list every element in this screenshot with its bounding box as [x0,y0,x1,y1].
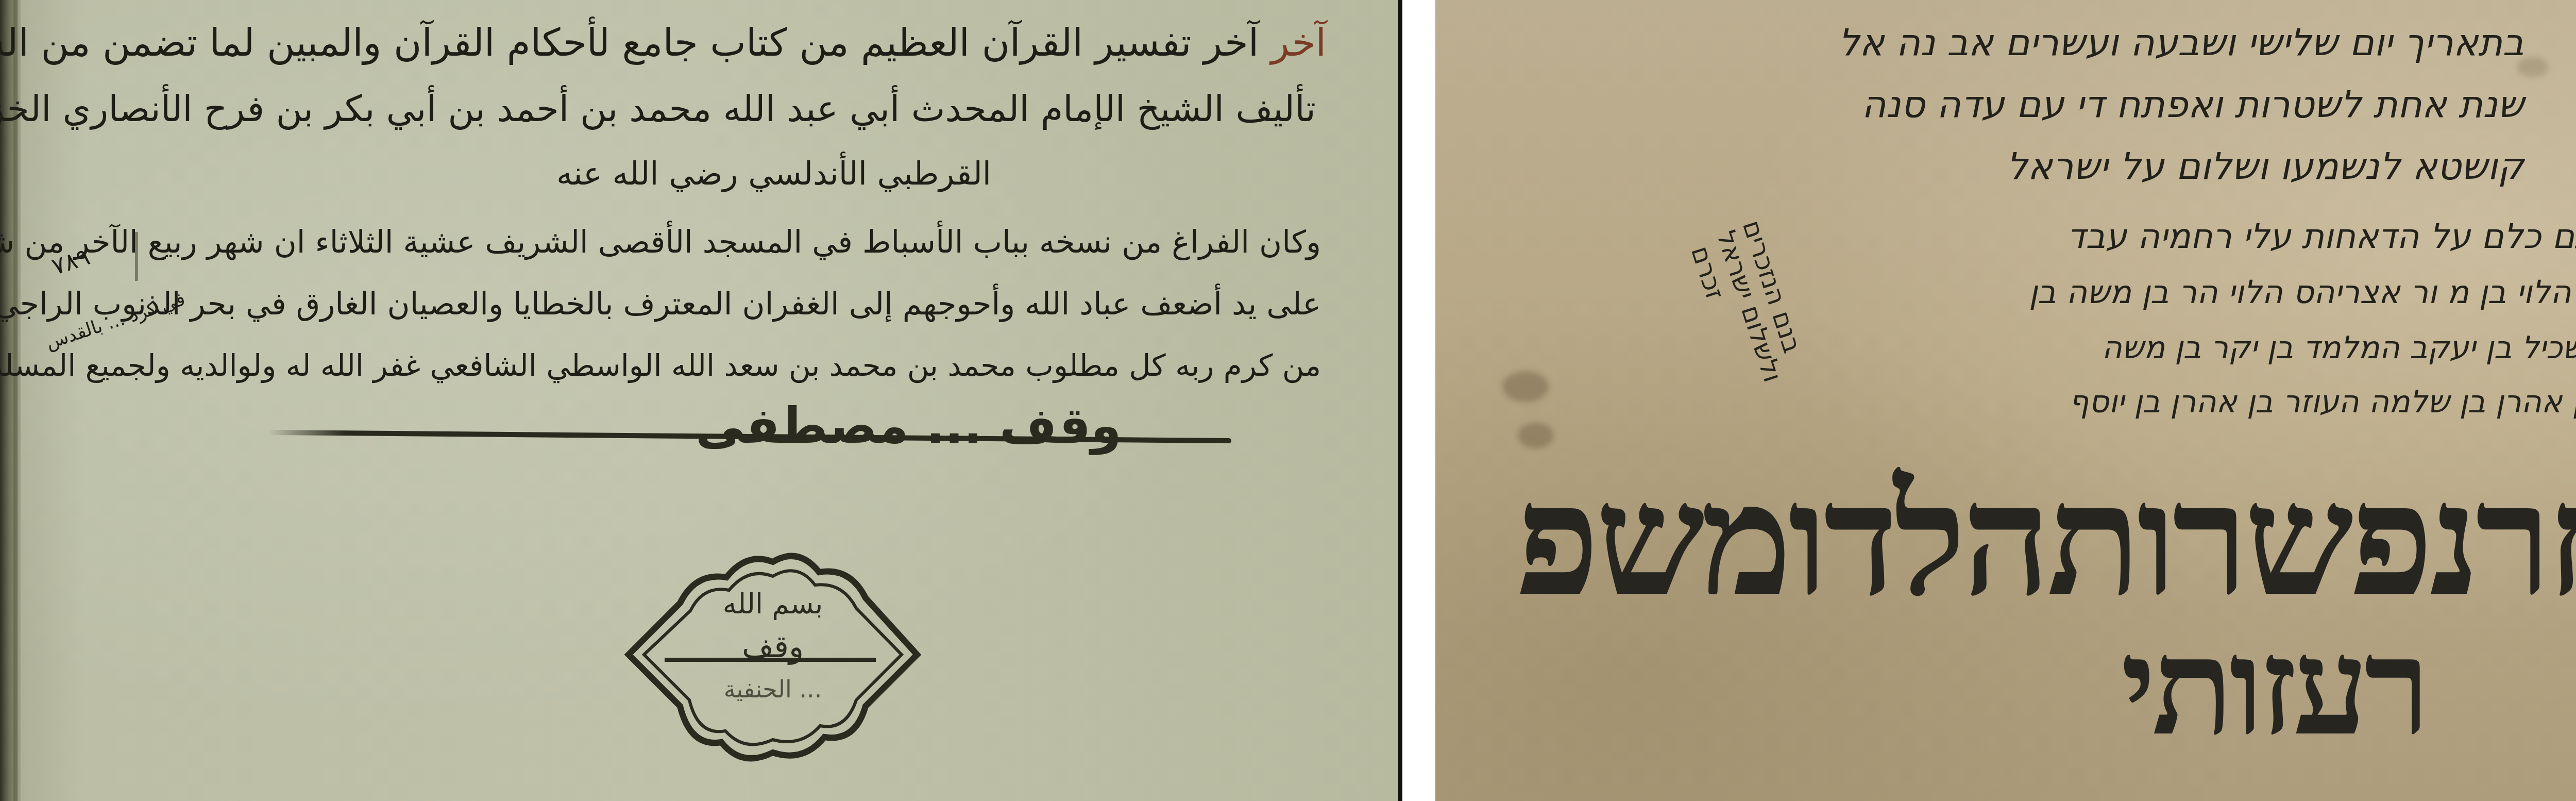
stain [1502,371,1549,402]
waqf-signature: وقف ... مصطفى [696,397,1122,455]
arabic-line-4: وكان الفراغ من نسخه بباب الأسباط في المس… [0,224,1321,260]
arabic-line-6: من كرم ربه كل مطلوب محمد بن محمد بن سعد … [0,348,1321,383]
hebrew-line-3: קושטא לנשמעו ושלום על ישראל [2007,144,2524,188]
rubric-word-1: آخر [1271,21,1326,65]
arabic-line-2: تأليف الشيخ الإمام المحدث أبي عبد الله م… [0,88,1316,130]
hebrew-line-1: בתאריך יום שלישי ושבעה ועשרים אב נה אל [1838,21,2524,64]
display-title-line-2: רעזותי [2121,608,2426,766]
hebrew-line-5: הע שמואל הלוי בן מ ור אצריהס הלוי הר בן … [2029,273,2576,311]
seal-line-1: بسم الله [608,588,938,620]
arabic-line-3: القرطبي الأندلسي رضي الله عنه [556,155,991,192]
hebrew-line-4: על ידי אותם כלם על הדאחות עלי רחמיה עבד [2067,216,2576,256]
hebrew-line-7: בן שלמה בן אהרן בן שלמה העוזר בן אהרן בן… [2069,384,2576,420]
hebrew-manuscript-panel: בתאריך יום שלישי ושבעה ועשרים אב נה אל ש… [1435,0,2576,801]
hebrew-line-6: שמואל המשכיל בן יעקב המלמד בן יקר בן משה [2102,330,2576,366]
seal-line-3: ... الحنفية [608,675,938,703]
arabic-line-5: على يد أضعف عباد الله وأحوجهم إلى الغفرا… [0,286,1321,322]
stain [1518,423,1554,448]
arabic-line-1: آخر آخر تفسير القرآن العظيم من كتاب جامع… [0,21,1326,65]
panel-divider [1398,0,1402,801]
hebrew-line-2: שנת אחת לשטרות ואפתח די עם עדה סנה [1862,82,2524,126]
ownership-seal: بسم الله وقف ... الحنفية [608,536,938,773]
margin-rule [135,232,138,281]
arabic-manuscript-panel: آخر آخر تفسير القرآن العظيم من كتاب جامع… [0,0,1398,801]
display-title-line-1: תחרנפשרותהלדומשפ [1516,448,2576,631]
seal-line-2: وقف [608,629,938,665]
